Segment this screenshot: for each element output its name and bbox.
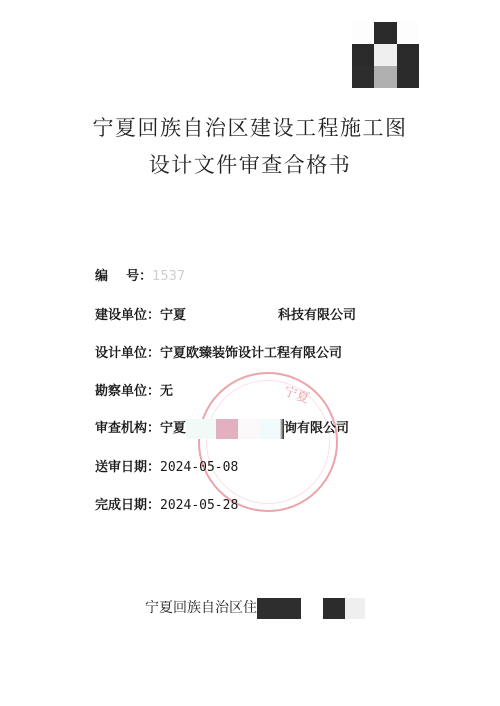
review-agency-value-prefix: 宁夏	[160, 421, 186, 436]
qr-cell	[397, 44, 419, 66]
redaction-block	[345, 598, 365, 619]
redaction-block	[257, 598, 301, 619]
survey-unit-value: 无	[160, 384, 173, 399]
qr-cell	[374, 22, 397, 44]
field-complete-date: 完成日期：2024-05-28	[95, 494, 238, 513]
survey-unit-label: 勘察单位：	[95, 384, 160, 399]
redaction-block	[238, 419, 260, 439]
redaction-block	[323, 598, 345, 619]
redaction-block	[216, 419, 238, 439]
complete-date-value: 2024-05-28	[160, 498, 238, 513]
qr-cell	[352, 44, 374, 66]
design-unit-label: 设计单位：	[95, 346, 160, 361]
field-number: 编 号：1537	[95, 265, 185, 284]
issuing-authority: 宁夏回族自治区住	[145, 597, 365, 619]
redaction-block	[260, 419, 280, 439]
field-submit-date: 送审日期：2024-05-08	[95, 456, 238, 475]
field-number-value: 1537	[152, 269, 185, 284]
review-agency-label: 审查机构：	[95, 421, 160, 436]
field-survey-unit: 勘察单位：无	[95, 380, 173, 399]
redaction-gap	[301, 598, 323, 619]
seal-inner-ring	[206, 380, 330, 504]
issuing-authority-text: 宁夏回族自治区住	[145, 600, 257, 616]
field-construction-unit: 建设单位：宁夏科技有限公司	[95, 304, 356, 323]
complete-date-label: 完成日期：	[95, 498, 160, 513]
review-agency-value-suffix: 询有限公司	[284, 421, 349, 436]
redaction-block	[186, 419, 216, 439]
field-number-label: 编 号：	[95, 269, 152, 284]
submit-date-value: 2024-05-08	[160, 460, 238, 475]
qr-code	[352, 22, 419, 88]
construction-unit-value-prefix: 宁夏	[160, 308, 186, 323]
field-review-agency: 审查机构：宁夏询有限公司	[95, 417, 349, 439]
qr-cell	[352, 66, 374, 88]
qr-cell	[397, 66, 419, 88]
qr-cell	[352, 22, 374, 44]
construction-unit-value-suffix: 科技有限公司	[278, 308, 356, 323]
design-unit-value: 宁夏欧臻装饰设计工程有限公司	[160, 346, 342, 361]
qr-cell	[374, 44, 397, 66]
construction-unit-label: 建设单位：	[95, 308, 160, 323]
qr-cell	[374, 66, 397, 88]
field-design-unit: 设计单位：宁夏欧臻装饰设计工程有限公司	[95, 342, 342, 361]
submit-date-label: 送审日期：	[95, 460, 160, 475]
official-seal: 宁夏	[198, 372, 338, 512]
document-title-line1: 宁夏回族自治区建设工程施工图	[0, 112, 500, 142]
qr-cell	[397, 22, 419, 44]
document-title-line2: 设计文件审查合格书	[0, 149, 500, 179]
